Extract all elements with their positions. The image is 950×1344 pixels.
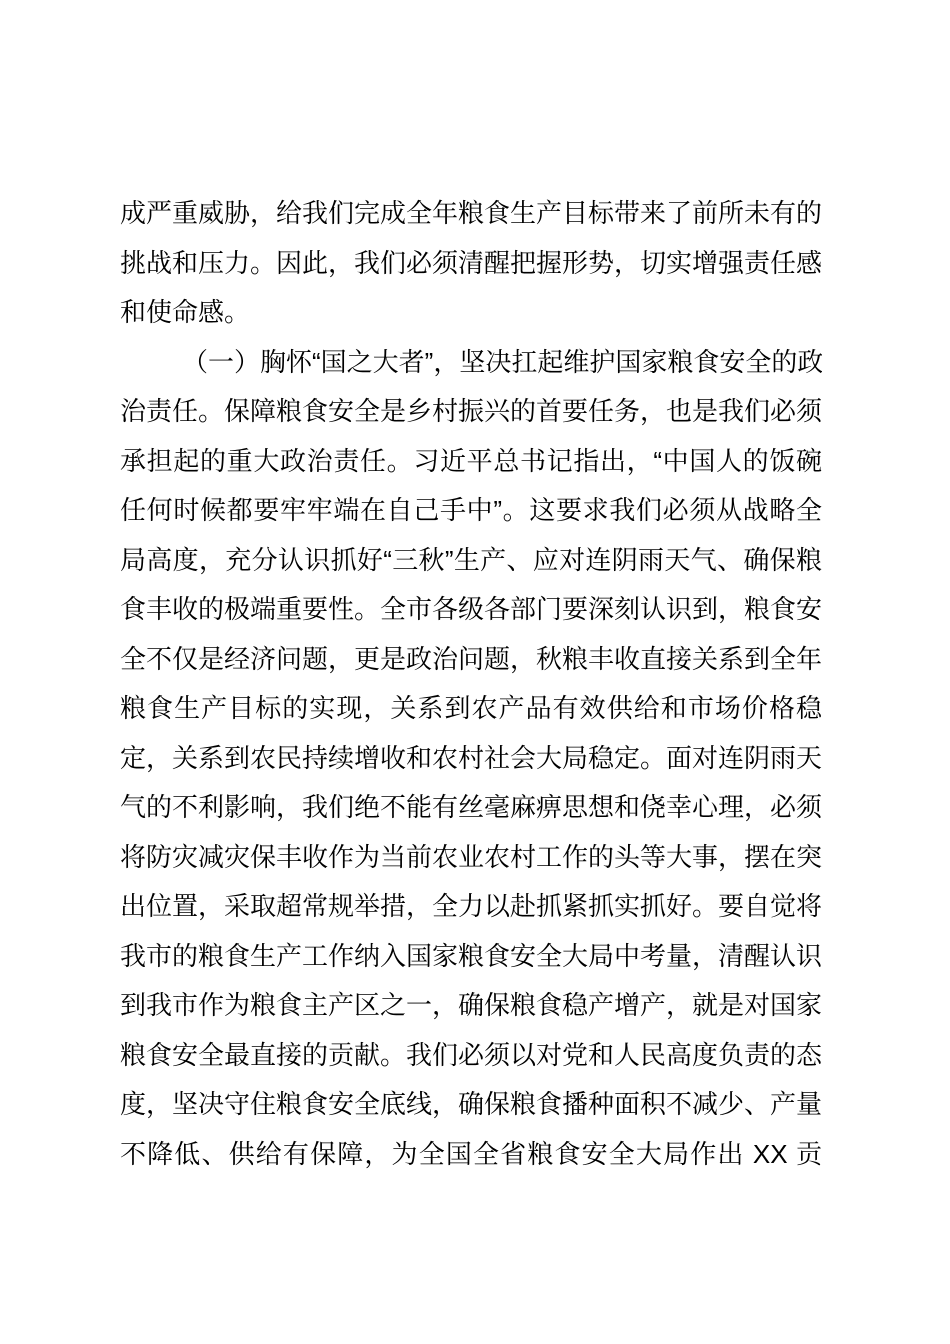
text-line: 和使命感。 <box>120 288 822 338</box>
text-line: 将防灾减灾保丰收作为当前农业农村工作的头等大事，摆在突 <box>120 833 822 883</box>
text-line: 定，关系到农民持续增收和农村社会大局稳定。面对连阴雨天 <box>120 734 822 784</box>
text-line: 全不仅是经济问题，更是政治问题，秋粮丰收直接关系到全年 <box>120 635 822 685</box>
text-line: 挑战和压力。因此，我们必须清醒把握形势，切实增强责任感 <box>120 239 822 289</box>
text-line: 治责任。保障粮食安全是乡村振兴的首要任务，也是我们必须 <box>120 387 822 437</box>
text-line: 任何时候都要牢牢端在自己手中”。这要求我们必须从战略全 <box>120 486 822 536</box>
text-line: 食丰收的极端重要性。全市各级各部门要深刻认识到，粮食安 <box>120 585 822 635</box>
text-line: 局高度，充分认识抓好“三秋”生产、应对连阴雨天气、确保粮 <box>120 536 822 586</box>
text-line: 承担起的重大政治责任。习近平总书记指出，“中国人的饭碗 <box>120 437 822 487</box>
text-line: 不降低、供给有保障，为全国全省粮食安全大局作出 XX 贡 <box>120 1130 822 1180</box>
text-line: （一）胸怀“国之大者”，坚决扛起维护国家粮食安全的政 <box>120 338 822 388</box>
document-page: 成严重威胁，给我们完成全年粮食生产目标带来了前所未有的挑战和压力。因此，我们必须… <box>0 0 950 1344</box>
document-body: 成严重威胁，给我们完成全年粮食生产目标带来了前所未有的挑战和压力。因此，我们必须… <box>120 189 822 1179</box>
text-line: 粮食生产目标的实现，关系到农产品有效供给和市场价格稳 <box>120 684 822 734</box>
paragraph: （一）胸怀“国之大者”，坚决扛起维护国家粮食安全的政治责任。保障粮食安全是乡村振… <box>120 338 822 1180</box>
text-line: 粮食安全最直接的贡献。我们必须以对党和人民高度负责的态 <box>120 1031 822 1081</box>
text-line: 出位置，采取超常规举措，全力以赴抓紧抓实抓好。要自觉将 <box>120 882 822 932</box>
text-line: 成严重威胁，给我们完成全年粮食生产目标带来了前所未有的 <box>120 189 822 239</box>
text-line: 我市的粮食生产工作纳入国家粮食安全大局中考量，清醒认识 <box>120 932 822 982</box>
text-line: 度，坚决守住粮食安全底线，确保粮食播种面积不减少、产量 <box>120 1080 822 1130</box>
text-line: 到我市作为粮食主产区之一，确保粮食稳产增产，就是对国家 <box>120 981 822 1031</box>
paragraph: 成严重威胁，给我们完成全年粮食生产目标带来了前所未有的挑战和压力。因此，我们必须… <box>120 189 822 338</box>
text-line: 气的不利影响，我们绝不能有丝毫麻痹思想和侥幸心理，必须 <box>120 783 822 833</box>
